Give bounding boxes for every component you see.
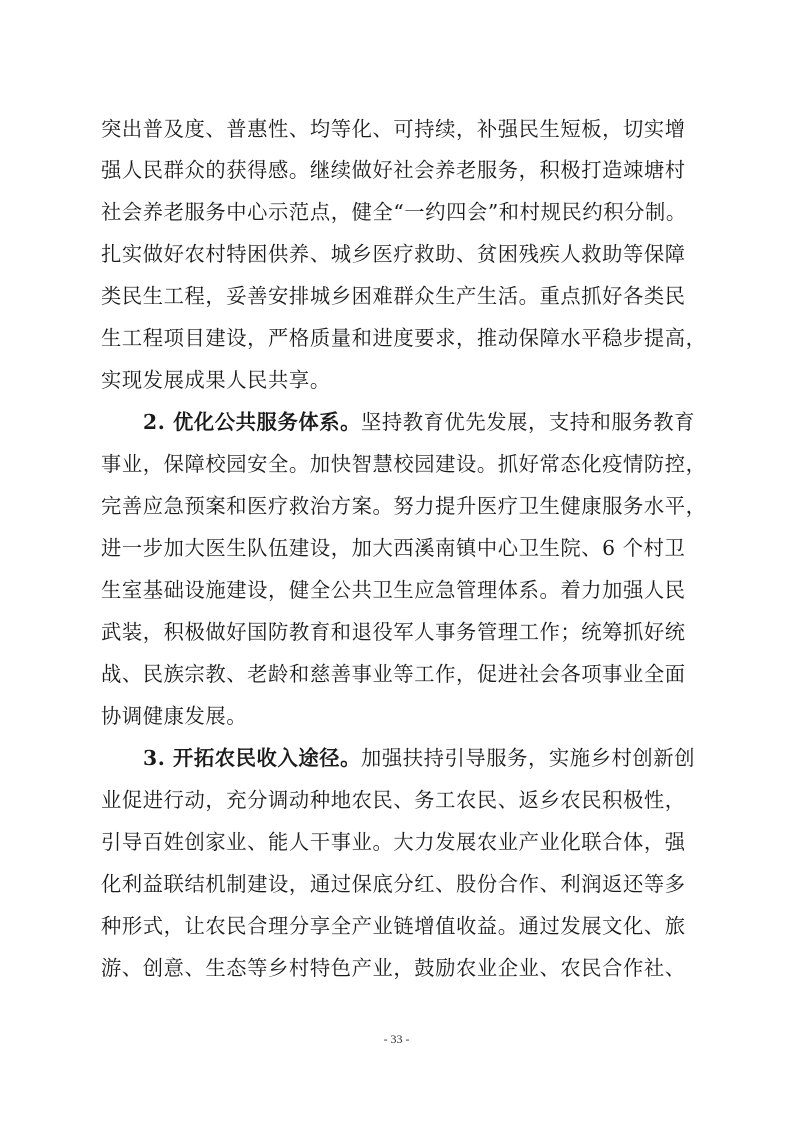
text-line: 社会养老服务中心示范点，健全“一约四会”和村规民约积分制。 (101, 200, 711, 224)
section-heading-line: 2. 优化公共服务体系。坚持教育优先发展，支持和服务教育 (143, 410, 753, 434)
section-heading: 3. 开拓农民收入途径。 (143, 746, 361, 770)
line-text: 实现发展成果人民共享。 (101, 368, 331, 392)
text-line: 扎实做好农村特困供养、城乡医疗救助、贫困残疾人救助等保障 (101, 242, 711, 266)
line-text: 强人民群众的获得感。继续做好社会养老服务，积极打造竦塘村 (101, 158, 686, 182)
text-line: 进一步加大医生队伍建设，加大西溪南镇中心卫生院、6 个村卫 (101, 536, 711, 560)
line-text: 突出普及度、普惠性、均等化、可持续，补强民生短板，切实增 (101, 117, 686, 141)
text-line: 战、民族宗教、老龄和慈善事业等工作，促进社会各项事业全面 (101, 662, 711, 686)
text-line: 完善应急预案和医疗救治方案。努力提升医疗卫生健康服务水平， (101, 494, 711, 518)
line-text: 事业，保障校园安全。加快智慧校园建设。抓好常态化疫情防控， (101, 452, 707, 476)
line-text: 生室基础设施建设，健全公共卫生应急管理体系。着力加强人民 (101, 578, 686, 602)
line-text: 化利益联结机制建设，通过保底分红、股份合作、利润返还等多 (101, 872, 686, 896)
section-heading: 2. 优化公共服务体系。 (143, 410, 361, 434)
text-line: 业促进行动，充分调动种地农民、务工农民、返乡农民积极性， (101, 788, 711, 812)
line-text: 加强扶持引导服务，实施乡村创新创 (361, 746, 695, 770)
document-page: 突出普及度、普惠性、均等化、可持续，补强民生短板，切实增 强人民群众的获得感。继… (0, 0, 793, 1122)
text-line: 协调健康发展。 (101, 704, 711, 728)
line-text: 扎实做好农村特困供养、城乡医疗救助、贫困残疾人救助等保障 (101, 242, 686, 266)
text-line: 武装，积极做好国防教育和退役军人事务管理工作；统筹抓好统 (101, 620, 711, 644)
line-text: 生工程项目建设，严格质量和进度要求，推动保障水平稳步提高， (101, 326, 707, 350)
line-text: 游、创意、生态等乡村特色产业，鼓励农业企业、农民合作社、 (101, 956, 686, 980)
line-text: 战、民族宗教、老龄和慈善事业等工作，促进社会各项事业全面 (101, 662, 686, 686)
text-line: 生工程项目建设，严格质量和进度要求，推动保障水平稳步提高， (101, 326, 711, 350)
line-text: 引导百姓创家业、能人干事业。大力发展农业产业化联合体，强 (101, 830, 686, 854)
text-line: 化利益联结机制建设，通过保底分红、股份合作、利润返还等多 (101, 872, 711, 896)
line-text: 社会养老服务中心示范点，健全“一约四会”和村规民约积分制。 (101, 200, 687, 224)
line-text: 类民生工程，妥善安排城乡困难群众生产生活。重点抓好各类民 (101, 284, 686, 308)
line-text: 武装，积极做好国防教育和退役军人事务管理工作；统筹抓好统 (101, 620, 686, 644)
text-line: 实现发展成果人民共享。 (101, 368, 711, 392)
section-heading-line: 3. 开拓农民收入途径。加强扶持引导服务，实施乡村创新创 (143, 746, 753, 770)
line-text: 种形式，让农民合理分享全产业链增值收益。通过发展文化、旅 (101, 914, 686, 938)
text-line: 生室基础设施建设，健全公共卫生应急管理体系。着力加强人民 (101, 578, 711, 602)
text-line: 突出普及度、普惠性、均等化、可持续，补强民生短板，切实增 (101, 117, 711, 141)
line-text: 坚持教育优先发展，支持和服务教育 (361, 410, 695, 434)
text-line: 种形式，让农民合理分享全产业链增值收益。通过发展文化、旅 (101, 914, 711, 938)
line-text: 协调健康发展。 (101, 704, 247, 728)
text-line: 类民生工程，妥善安排城乡困难群众生产生活。重点抓好各类民 (101, 284, 711, 308)
line-text: 业促进行动，充分调动种地农民、务工农民、返乡农民积极性， (101, 788, 686, 812)
text-line: 强人民群众的获得感。继续做好社会养老服务，积极打造竦塘村 (101, 158, 711, 182)
text-line: 游、创意、生态等乡村特色产业，鼓励农业企业、农民合作社、 (101, 956, 711, 980)
text-line: 事业，保障校园安全。加快智慧校园建设。抓好常态化疫情防控， (101, 452, 711, 476)
line-text: 进一步加大医生队伍建设，加大西溪南镇中心卫生院、6 个村卫 (101, 536, 685, 560)
line-text: 完善应急预案和医疗救治方案。努力提升医疗卫生健康服务水平， (101, 494, 707, 518)
text-line: 引导百姓创家业、能人干事业。大力发展农业产业化联合体，强 (101, 830, 711, 854)
page-number: - 33 - (0, 1032, 793, 1047)
